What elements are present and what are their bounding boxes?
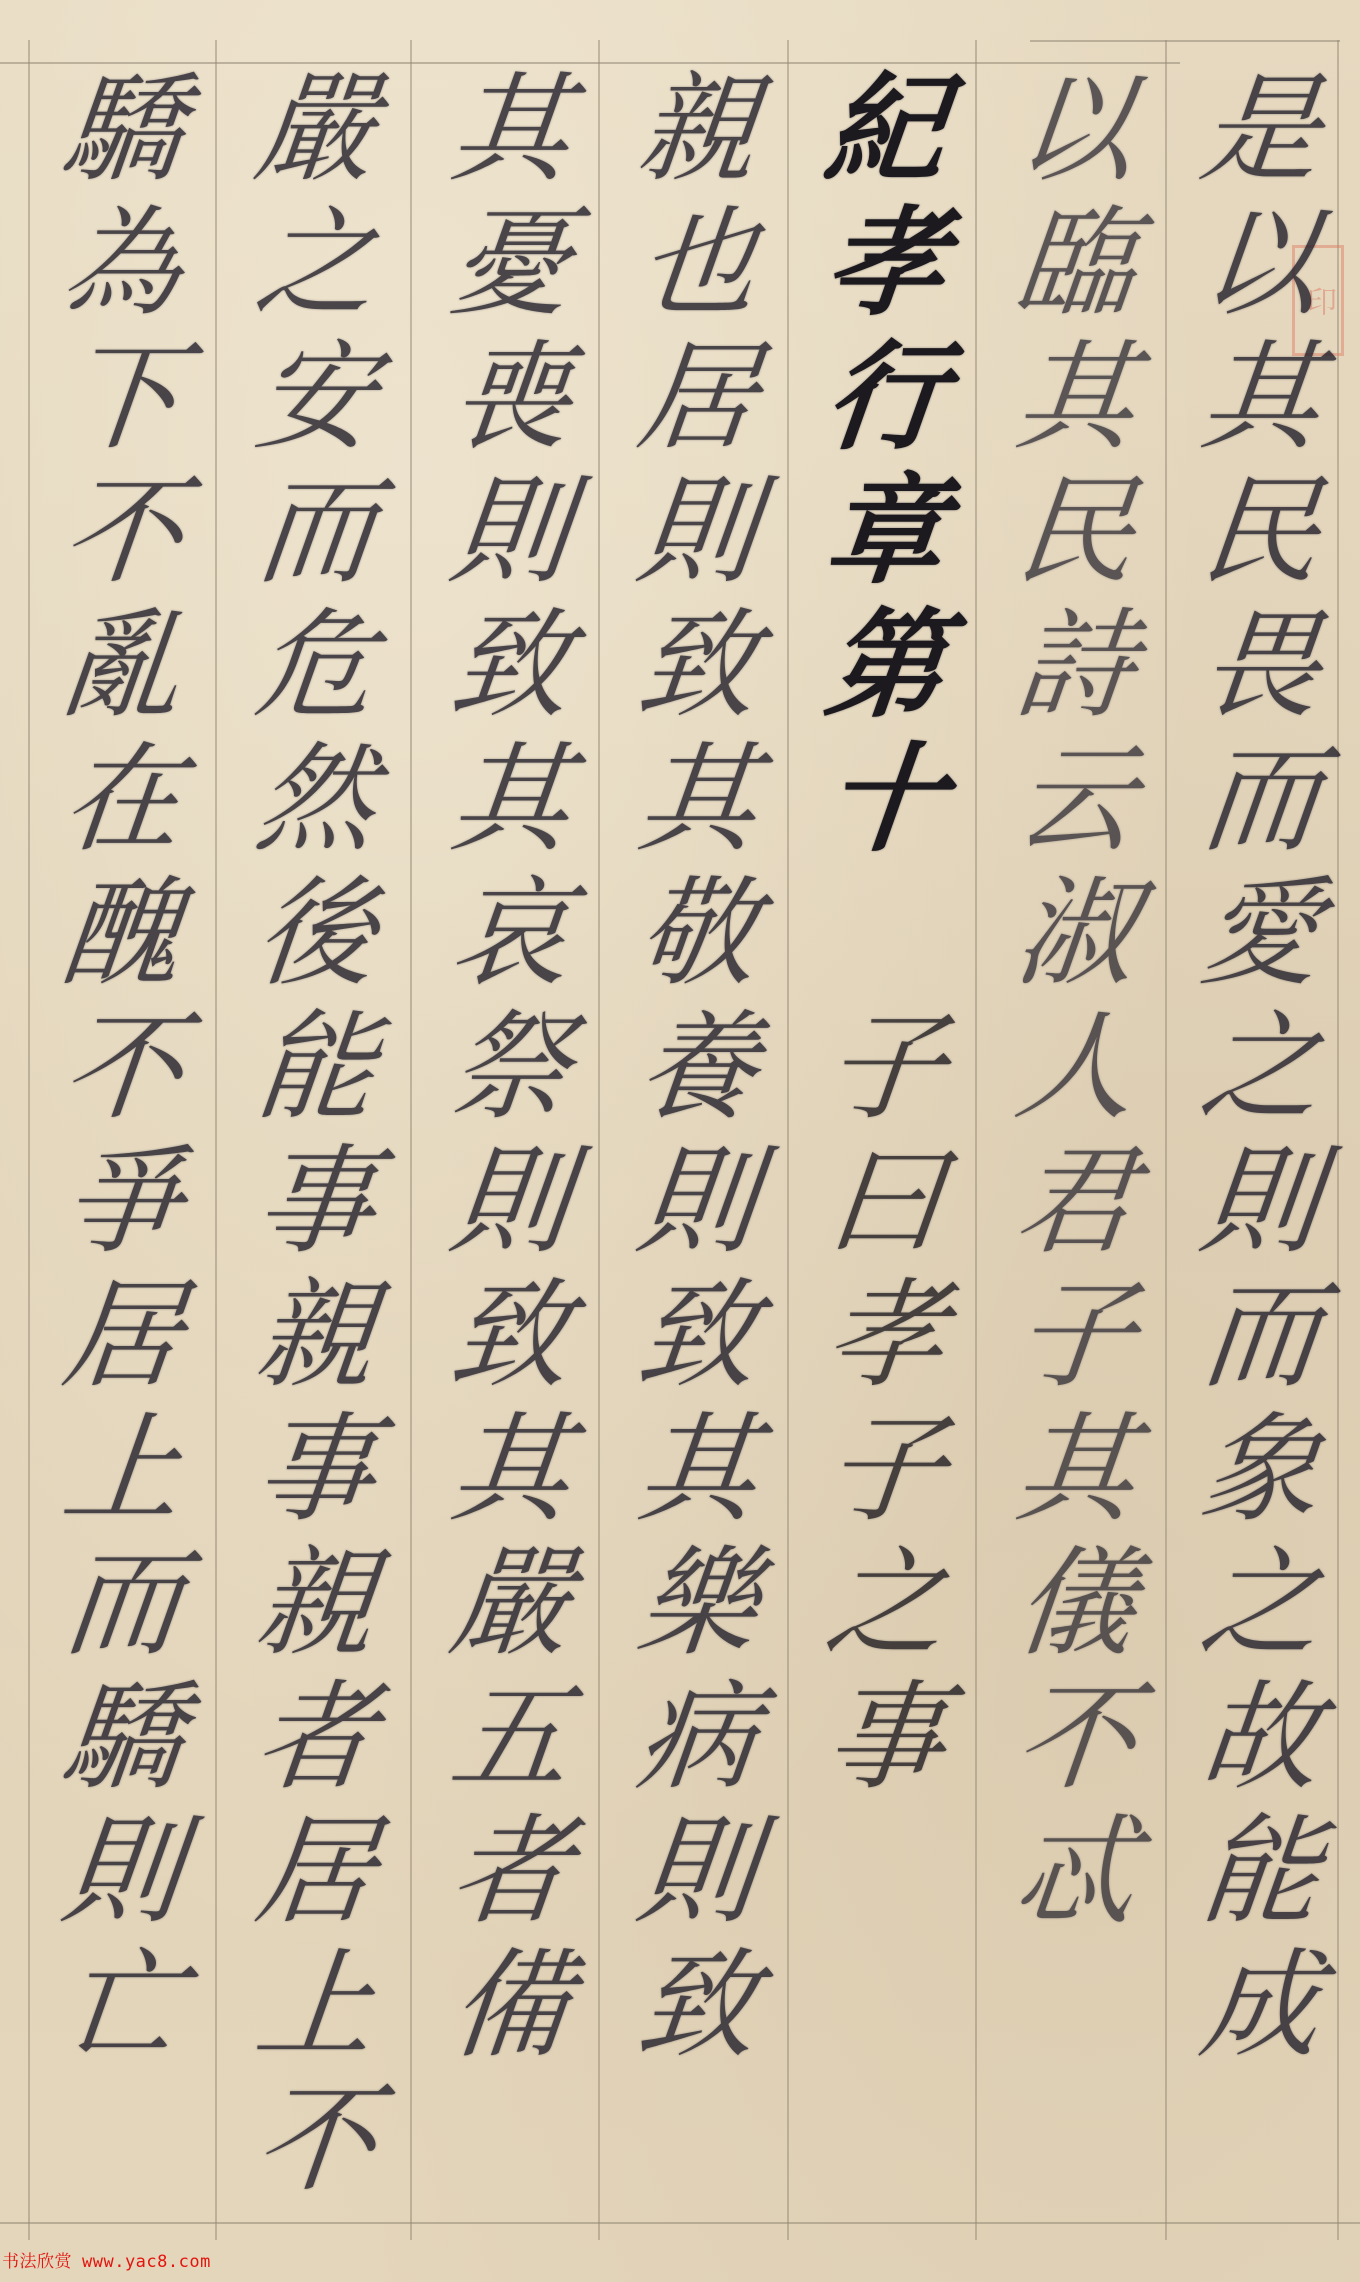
calligraphy-glyph: 其: [444, 70, 576, 204]
calligraphy-glyph: 樂: [631, 1544, 763, 1678]
calligraphy-glyph: 祭: [444, 1008, 576, 1142]
calligraphy-glyph: 其: [1009, 338, 1141, 472]
calligraphy-glyph: 事: [249, 1142, 381, 1276]
calligraphy-glyph: 備: [444, 1946, 576, 2080]
calligraphy-glyph: 醜: [56, 874, 188, 1008]
calligraphy-glyph: 病: [631, 1678, 763, 1812]
column-rule: [215, 40, 217, 2240]
calligraphy-glyph: 行: [819, 338, 951, 472]
calligraphy-glyph: 在: [56, 740, 188, 874]
calligraphy-glyph: 則: [1194, 1142, 1326, 1276]
calligraphy-glyph: 則: [631, 472, 763, 606]
column-rule: [28, 40, 30, 2240]
calligraphy-glyph: 不: [249, 2080, 381, 2214]
calligraphy-glyph: 居: [249, 1812, 381, 1946]
calligraphy-glyph: 五: [444, 1678, 576, 1812]
calligraphy-glyph: 以: [1194, 204, 1326, 338]
column-rule: [410, 40, 412, 2240]
calligraphy-glyph: 驕: [56, 1678, 188, 1812]
calligraphy-glyph: 親: [249, 1544, 381, 1678]
calligraphy-glyph: 之: [1194, 1008, 1326, 1142]
calligraphy-glyph: 曰: [819, 1142, 951, 1276]
calligraphy-glyph: 成: [1194, 1946, 1326, 2080]
calligraphy-glyph: 而: [1194, 1276, 1326, 1410]
calligraphy-glyph: 居: [631, 338, 763, 472]
text-column-6: 嚴之安而危然後能事親事親者居上不: [225, 70, 405, 2220]
calligraphy-glyph: 子: [819, 1008, 951, 1142]
calligraphy-glyph: 事: [819, 1678, 951, 1812]
calligraphy-glyph: 儀: [1009, 1544, 1141, 1678]
calligraphy-glyph: 安: [249, 338, 381, 472]
calligraphy-glyph: 喪: [444, 338, 576, 472]
calligraphy-glyph: 致: [631, 1946, 763, 2080]
calligraphy-glyph: 爭: [56, 1142, 188, 1276]
calligraphy-glyph: 驕: [56, 70, 188, 204]
calligraphy-glyph: 亂: [56, 606, 188, 740]
calligraphy-glyph: 致: [444, 606, 576, 740]
calligraphy-glyph: 為: [56, 204, 188, 338]
calligraphy-glyph: 十: [819, 740, 951, 874]
calligraphy-glyph: 養: [631, 1008, 763, 1142]
calligraphy-glyph: 其: [1009, 1410, 1141, 1544]
text-column-7: 驕為下不亂在醜不爭居上而驕則亡: [35, 70, 210, 2220]
column-rule: [1165, 40, 1167, 2240]
calligraphy-glyph: 子: [1009, 1276, 1141, 1410]
calligraphy-glyph: 章: [819, 472, 951, 606]
calligraphy-glyph: 淑: [1009, 874, 1141, 1008]
calligraphy-glyph: 敬: [631, 874, 763, 1008]
calligraphy-glyph: 憂: [444, 204, 576, 338]
calligraphy-glyph: 嚴: [249, 70, 381, 204]
calligraphy-glyph: 象: [1194, 1410, 1326, 1544]
calligraphy-glyph: 而: [56, 1544, 188, 1678]
column-rule: [975, 40, 977, 2240]
calligraphy-glyph: 則: [56, 1812, 188, 1946]
calligraphy-glyph: 人: [1009, 1008, 1141, 1142]
calligraphy-glyph: 下: [56, 338, 188, 472]
calligraphy-glyph: 民: [1194, 472, 1326, 606]
bottom-rule: [0, 2222, 1360, 2224]
watermark-label: 书法欣赏: [2, 2252, 72, 2272]
calligraphy-glyph: 則: [444, 1142, 576, 1276]
calligraphy-glyph: 不: [56, 472, 188, 606]
calligraphy-glyph: 第: [819, 606, 951, 740]
calligraphy-glyph: 臨: [1009, 204, 1141, 338]
calligraphy-glyph: 者: [249, 1678, 381, 1812]
calligraphy-glyph: 致: [631, 606, 763, 740]
calligraphy-glyph: 危: [249, 606, 381, 740]
calligraphy-glyph: 親: [631, 70, 763, 204]
calligraphy-glyph: 畏: [1194, 606, 1326, 740]
calligraphy-glyph: 後: [249, 874, 381, 1008]
calligraphy-glyph: 詩: [1009, 606, 1141, 740]
calligraphy-glyph: 則: [444, 472, 576, 606]
calligraphy-glyph: 能: [249, 1008, 381, 1142]
calligraphy-glyph: 然: [249, 740, 381, 874]
calligraphy-glyph: 忒: [1009, 1812, 1141, 1946]
calligraphy-glyph: 上: [249, 1946, 381, 2080]
calligraphy-glyph: 之: [1194, 1544, 1326, 1678]
calligraphy-glyph: 其: [631, 1410, 763, 1544]
calligraphy-glyph: 能: [1194, 1812, 1326, 1946]
column-rule: [1337, 40, 1339, 2240]
calligraphy-glyph: 而: [249, 472, 381, 606]
calligraphy-glyph: 不: [56, 1008, 188, 1142]
calligraphy-glyph: 民: [1009, 472, 1141, 606]
text-column-1: 是以其民畏而愛之則而象之故能成: [1190, 70, 1330, 2220]
top-rule-right: [1030, 40, 1340, 42]
calligraphy-glyph: 其: [444, 1410, 576, 1544]
text-column-3-chapter-title: 紀孝行章第十子曰孝子之事: [800, 70, 970, 2220]
calligraphy-glyph: 則: [631, 1142, 763, 1276]
calligraphy-glyph: 其: [1194, 338, 1326, 472]
text-column-5: 其憂喪則致其哀祭則致其嚴五者備: [425, 70, 595, 2220]
calligraphy-glyph: 故: [1194, 1678, 1326, 1812]
calligraphy-glyph: 紀: [819, 70, 951, 204]
calligraphy-glyph: 云: [1009, 740, 1141, 874]
calligraphy-glyph: 是: [1194, 70, 1326, 204]
calligraphy-glyph: 而: [1194, 740, 1326, 874]
calligraphy-glyph: 也: [631, 204, 763, 338]
calligraphy-glyph: 親: [249, 1276, 381, 1410]
calligraphy-glyph: 君: [1009, 1142, 1141, 1276]
calligraphy-glyph: 者: [444, 1812, 576, 1946]
calligraphy-glyph: 孝: [819, 1276, 951, 1410]
calligraphy-glyph: 致: [444, 1276, 576, 1410]
calligraphy-glyph: 子: [819, 1410, 951, 1544]
calligraphy-glyph: 之: [249, 204, 381, 338]
calligraphy-glyph: 愛: [1194, 874, 1326, 1008]
calligraphy-glyph: 以: [1009, 70, 1141, 204]
calligraphy-glyph: 亡: [56, 1946, 188, 2080]
calligraphy-glyph: 事: [249, 1410, 381, 1544]
calligraphy-glyph: 致: [631, 1276, 763, 1410]
text-column-4: 親也居則致其敬養則致其樂病則致: [610, 70, 785, 2220]
calligraphy-glyph: 居: [56, 1276, 188, 1410]
column-rule: [787, 40, 789, 2240]
calligraphy-glyph: 上: [56, 1410, 188, 1544]
calligraphy-glyph: 其: [631, 740, 763, 874]
watermark-url[interactable]: www.yac8.com: [82, 2252, 211, 2272]
calligraphy-glyph: 哀: [444, 874, 576, 1008]
column-rule: [598, 40, 600, 2240]
calligraphy-glyph: 其: [444, 740, 576, 874]
calligraphy-glyph: 不: [1009, 1678, 1141, 1812]
text-column-2: 以臨其民詩云淑人君子其儀不忒: [990, 70, 1160, 2220]
calligraphy-glyph: 則: [631, 1812, 763, 1946]
calligraphy-glyph: 嚴: [444, 1544, 576, 1678]
site-watermark: 书法欣赏www.yac8.com: [2, 2247, 211, 2272]
calligraphy-glyph: 之: [819, 1544, 951, 1678]
calligraphy-glyph: 孝: [819, 204, 951, 338]
